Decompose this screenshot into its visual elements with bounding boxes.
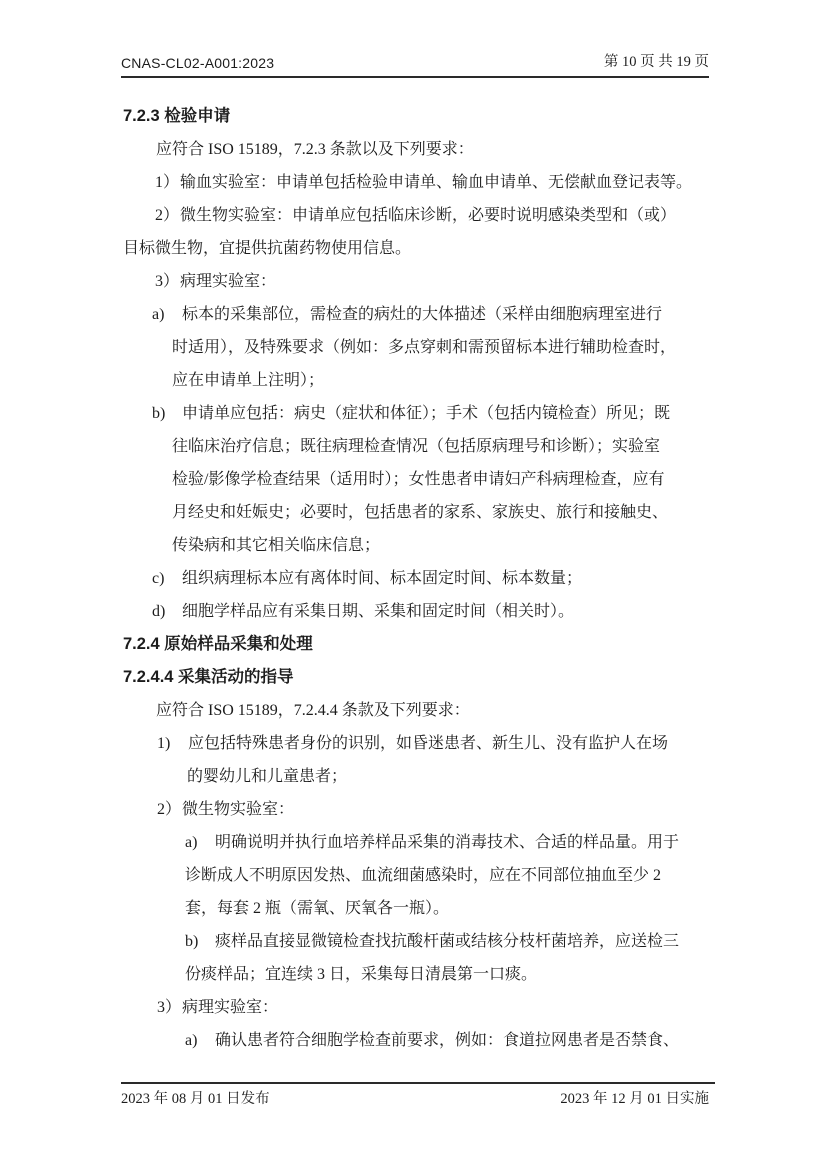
sub-list-item-text: 确认患者符合细胞学检查前要求，例如：食道拉网患者是否禁食、 [0,1024,827,1057]
list-item-text: 微生物实验室：申请单应包括临床诊断，必要时说明感染类型和（或） [0,199,827,232]
sub-list-item-label: a) [185,1024,197,1057]
sub-list-item-continuation: 检验/影像学检查结果（适用时）；女性患者申请妇产科病理检查，应有 [0,463,827,496]
list-item-label: 1) [157,727,170,760]
page-footer: 2023 年 08 月 01 日发布 2023 年 12 月 01 日实施 [121,1087,709,1108]
list-item-label: 1） [155,166,179,199]
document-code: CNAS-CL02-A001:2023 [121,55,274,71]
intro-paragraph: 应符合 ISO 15189，7.2.3 条款以及下列要求： [0,133,827,166]
sub-list-item-text: 组织病理标本应有离体时间、标本固定时间、标本数量； [0,562,827,595]
sub-list-item: b) 痰样品直接显微镜检查找抗酸杆菌或结核分枝杆菌培养，应送检三 [0,925,827,958]
list-item: 1) 应包括特殊患者身份的识别，如昏迷患者、新生儿、没有监护人在场 [0,727,827,760]
list-item-label: 2） [157,793,181,826]
sub-list-item: a) 明确说明并执行血培养样品采集的消毒技术、合适的样品量。用于 [0,826,827,859]
sub-list-item-continuation: 时适用），及特殊要求（例如：多点穿刺和需预留标本进行辅助检查时， [0,331,827,364]
sub-list-item-text: 明确说明并执行血培养样品采集的消毒技术、合适的样品量。用于 [0,826,827,859]
document-page: CNAS-CL02-A001:2023 第 10 页 共 19 页 7.2.3 … [0,0,827,1170]
sub-list-item: b) 申请单应包括：病史（症状和体征）；手术（包括内镜检查）所见；既 [0,397,827,430]
section-heading-7-2-4: 7.2.4 原始样品采集和处理 [0,628,827,661]
list-item: 3） 病理实验室： [0,991,827,1024]
sub-list-item-text: 细胞学样品应有采集日期、采集和固定时间（相关时）。 [0,595,827,628]
section-heading-7-2-3: 7.2.3 检验申请 [0,100,827,133]
list-item-continuation: 的婴幼儿和儿童患者； [0,760,827,793]
sub-list-item-label: b) [185,925,198,958]
intro-paragraph: 应符合 ISO 15189，7.2.4.4 条款及下列要求： [0,694,827,727]
list-item: 2） 微生物实验室： [0,793,827,826]
sub-list-item-label: d) [152,595,165,628]
sub-list-item-continuation: 诊断成人不明原因发热、血流细菌感染时，应在不同部位抽血至少 2 [0,859,827,892]
sub-list-item-continuation: 套，每套 2 瓶（需氧、厌氧各一瓶）。 [0,892,827,925]
sub-list-item-text: 标本的采集部位，需检查的病灶的大体描述（采样由细胞病理室进行 [0,298,827,331]
document-body: 7.2.3 检验申请 应符合 ISO 15189，7.2.3 条款以及下列要求：… [0,100,827,1057]
list-item-text: 输血实验室：申请单包括检验申请单、输血申请单、无偿献血登记表等。 [0,166,827,199]
sub-list-item-text: 申请单应包括：病史（症状和体征）；手术（包括内镜检查）所见；既 [0,397,827,430]
list-item-continuation: 目标微生物，宜提供抗菌药物使用信息。 [0,232,827,265]
list-item: 2） 微生物实验室：申请单应包括临床诊断，必要时说明感染类型和（或） [0,199,827,232]
sub-list-item-continuation: 月经史和妊娠史；必要时，包括患者的家系、家族史、旅行和接触史、 [0,496,827,529]
page-number-info: 第 10 页 共 19 页 [604,50,709,71]
sub-list-item-continuation: 往临床治疗信息；既往病理检查情况（包括原病理号和诊断）；实验室 [0,430,827,463]
release-date: 2023 年 08 月 01 日发布 [121,1087,270,1108]
list-item-text: 微生物实验室： [0,793,827,826]
page-header: CNAS-CL02-A001:2023 第 10 页 共 19 页 [121,50,709,78]
sub-list-item-continuation: 份痰样品；宜连续 3 日，采集每日清晨第一口痰。 [0,958,827,991]
sub-list-item: c) 组织病理标本应有离体时间、标本固定时间、标本数量； [0,562,827,595]
section-heading-7-2-4-4: 7.2.4.4 采集活动的指导 [0,661,827,694]
list-item-text: 病理实验室： [0,991,827,1024]
list-item: 3） 病理实验室： [0,265,827,298]
list-item: 1） 输血实验室：申请单包括检验申请单、输血申请单、无偿献血登记表等。 [0,166,827,199]
sub-list-item-label: a) [185,826,197,859]
sub-list-item-label: c) [152,562,164,595]
sub-list-item-text: 痰样品直接显微镜检查找抗酸杆菌或结核分枝杆菌培养，应送检三 [0,925,827,958]
implementation-date: 2023 年 12 月 01 日实施 [560,1087,709,1108]
sub-list-item: a) 确认患者符合细胞学检查前要求，例如：食道拉网患者是否禁食、 [0,1024,827,1057]
list-item-label: 3） [157,991,181,1024]
sub-list-item-label: b) [152,397,165,430]
footer-divider [121,1082,715,1084]
list-item-label: 3） [155,265,179,298]
list-item-text: 应包括特殊患者身份的识别，如昏迷患者、新生儿、没有监护人在场 [0,727,827,760]
sub-list-item: a) 标本的采集部位，需检查的病灶的大体描述（采样由细胞病理室进行 [0,298,827,331]
sub-list-item: d) 细胞学样品应有采集日期、采集和固定时间（相关时）。 [0,595,827,628]
sub-list-item-label: a) [152,298,164,331]
list-item-text: 病理实验室： [0,265,827,298]
sub-list-item-continuation: 应在申请单上注明）； [0,364,827,397]
list-item-label: 2） [155,199,179,232]
sub-list-item-continuation: 传染病和其它相关临床信息； [0,529,827,562]
